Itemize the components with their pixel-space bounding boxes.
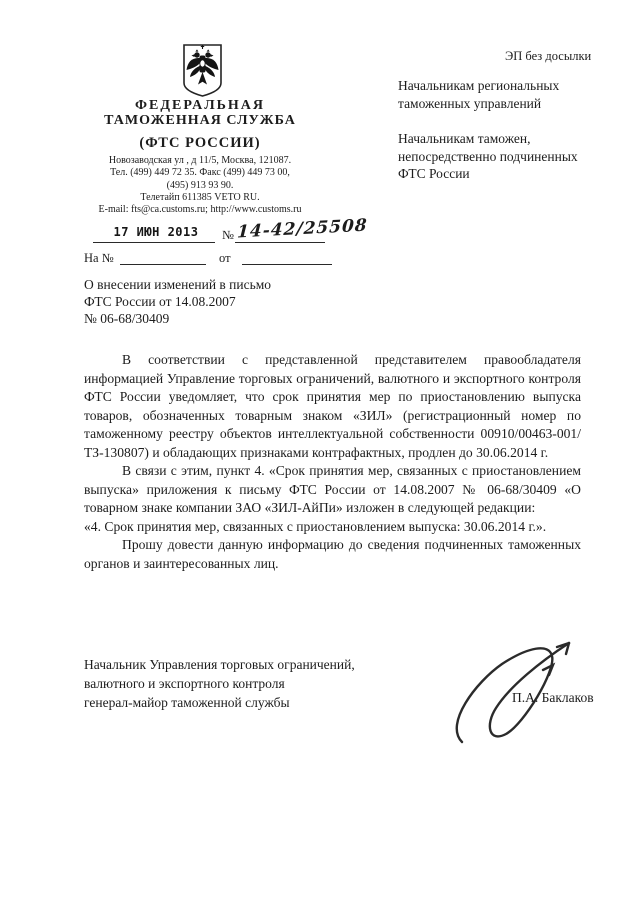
signer-title-line: генерал-майор таможенной службы [84,693,355,712]
signer-title-line: валютного и экспортного контроля [84,674,355,693]
date-underline [93,242,215,243]
body-paragraph: В соответствии с представленной представ… [84,351,581,462]
letter-body: В соответствии с представленной представ… [84,351,581,573]
phone-line: (495) 913 93 90. [45,180,355,192]
org-name-line: ФЕДЕРАЛЬНАЯ [55,99,345,113]
reply-date-underline [242,264,332,265]
body-paragraph: В связи с этим, пункт 4. «Срок принятия … [84,462,581,518]
reply-to-label: На № [84,251,114,266]
reply-from-label: от [219,251,231,266]
body-paragraph-quote: «4. Срок принятия мер, связанных с приос… [84,518,581,537]
subject-line: ФТС России от 14.08.2007 [84,294,324,311]
recipient-block-regional: Начальникам региональных таможенных упра… [398,77,559,112]
teletype-line: Телетайп 611385 VETO RU. [45,192,355,204]
recipient-line: ФТС России [398,165,578,183]
recipient-block-customs: Начальникам таможен, непосредственно под… [398,130,578,183]
subject-block: О внесении изменений в письмо ФТС России… [84,277,324,327]
subject-line: О внесении изменений в письмо [84,277,324,294]
delivery-note: ЭП без досылки [505,49,591,64]
coat-of-arms-icon [180,43,225,99]
recipient-line: Начальникам таможен, [398,130,578,148]
recipient-line: непосредственно подчиненных [398,148,578,166]
body-paragraph: Прошу довести данную информацию до сведе… [84,536,581,573]
date-stamp: 17 ИЮН 2013 [98,225,214,239]
letterhead-org-name: ФЕДЕРАЛЬНАЯ ТАМОЖЕННАЯ СЛУЖБА (ФТС РОССИ… [55,99,345,152]
number-underline [235,242,325,243]
number-sign: № [222,228,234,243]
org-short-name: (ФТС РОССИИ) [55,135,345,152]
org-name-line: ТАМОЖЕННАЯ СЛУЖБА [55,114,345,128]
reply-number-underline [120,264,206,265]
recipient-line: Начальникам региональных [398,77,559,95]
recipient-line: таможенных управлений [398,95,559,113]
signer-name: П.А. Баклаков [512,690,594,706]
subject-line: № 06-68/30409 [84,311,324,328]
scanned-letter-page: ЭП без досылки Начальникам региональных … [0,0,640,905]
letterhead-address-block: Новозаводская ул , д 11/5, Москва, 12108… [45,155,355,216]
outgoing-number-handwritten: 14-42/25508 [237,216,369,243]
signer-title-line: Начальник Управления торговых ограничени… [84,655,355,674]
address-line: Новозаводская ул , д 11/5, Москва, 12108… [45,155,355,167]
email-line: E-mail: fts@ca.customs.ru; http://www.cu… [45,204,355,216]
signer-title-block: Начальник Управления торговых ограничени… [84,655,355,712]
phone-line: Тел. (499) 449 72 35. Факс (499) 449 73 … [45,167,355,179]
